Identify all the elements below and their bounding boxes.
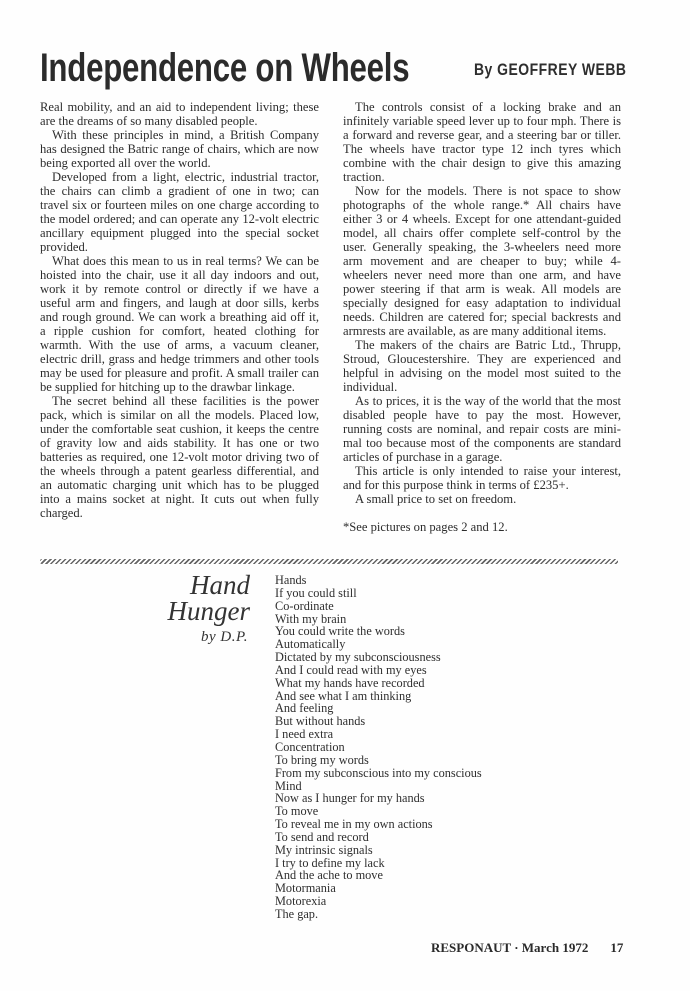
poem-line: To bring my words bbox=[275, 754, 482, 767]
poem-line: Motorexia bbox=[275, 895, 482, 908]
article-paragraph: Developed from a light, electric, indust… bbox=[40, 170, 319, 254]
article-paragraph: A small price to set on freedom. bbox=[343, 492, 621, 506]
article-paragraph: The makers of the chairs are Batric Ltd.… bbox=[343, 338, 621, 394]
poem-line: And I could read with my eyes bbox=[275, 664, 482, 677]
article-paragraph: What does this mean to us in real terms?… bbox=[40, 254, 319, 394]
article-byline: By GEOFFREY WEBB bbox=[474, 59, 626, 81]
article-paragraph: This article is only intended to raise y… bbox=[343, 464, 621, 492]
poem-line: From my subconscious into my conscious bbox=[275, 767, 482, 780]
page-footer: RESPONAUT · March 197217 bbox=[431, 940, 623, 956]
poem-line: To reveal me in my own actions bbox=[275, 818, 482, 831]
section-divider bbox=[40, 559, 618, 564]
poem-line: If you could still bbox=[275, 587, 482, 600]
article-column-right: The controls consist of a locking brake … bbox=[343, 100, 621, 534]
article-paragraph: The secret behind all these facilities i… bbox=[40, 394, 319, 520]
article-footnote: *See pictures on pages 2 and 12. bbox=[343, 520, 621, 534]
poem-line: Dictated by my subconsciousness bbox=[275, 651, 482, 664]
poem-title-line: Hunger bbox=[168, 598, 251, 624]
poem-body: Hands If you could still Co-ordinate Wit… bbox=[275, 574, 482, 921]
poem-line: Concentration bbox=[275, 741, 482, 754]
article-title: Independence on Wheels bbox=[40, 44, 409, 92]
publication-info: RESPONAUT · March 1972 bbox=[431, 940, 588, 955]
poem-line: My intrinsic signals bbox=[275, 844, 482, 857]
article-paragraph: As to prices, it is the way of the world… bbox=[343, 394, 621, 464]
poem-title: Hand Hunger bbox=[168, 572, 251, 624]
poem-line: To send and record bbox=[275, 831, 482, 844]
page-number: 17 bbox=[610, 940, 623, 956]
poem-line: Co-ordinate bbox=[275, 600, 482, 613]
poem-line: The gap. bbox=[275, 908, 482, 921]
article-column-left: Real mobility, and an aid to independent… bbox=[40, 100, 319, 520]
article-paragraph: With these principles in mind, a British… bbox=[40, 128, 319, 170]
article-paragraph: Now for the models. There is not space t… bbox=[343, 184, 621, 338]
poem-title-line: Hand bbox=[168, 572, 251, 598]
article-paragraph: The controls consist of a locking brake … bbox=[343, 100, 621, 184]
magazine-page: Independence on Wheels By GEOFFREY WEBB … bbox=[0, 0, 690, 991]
article-paragraph: Real mobility, and an aid to independent… bbox=[40, 100, 319, 128]
poem-line: What my hands have recorded bbox=[275, 677, 482, 690]
poem-author: by D.P. bbox=[201, 628, 248, 646]
poem-line: Hands bbox=[275, 574, 482, 587]
